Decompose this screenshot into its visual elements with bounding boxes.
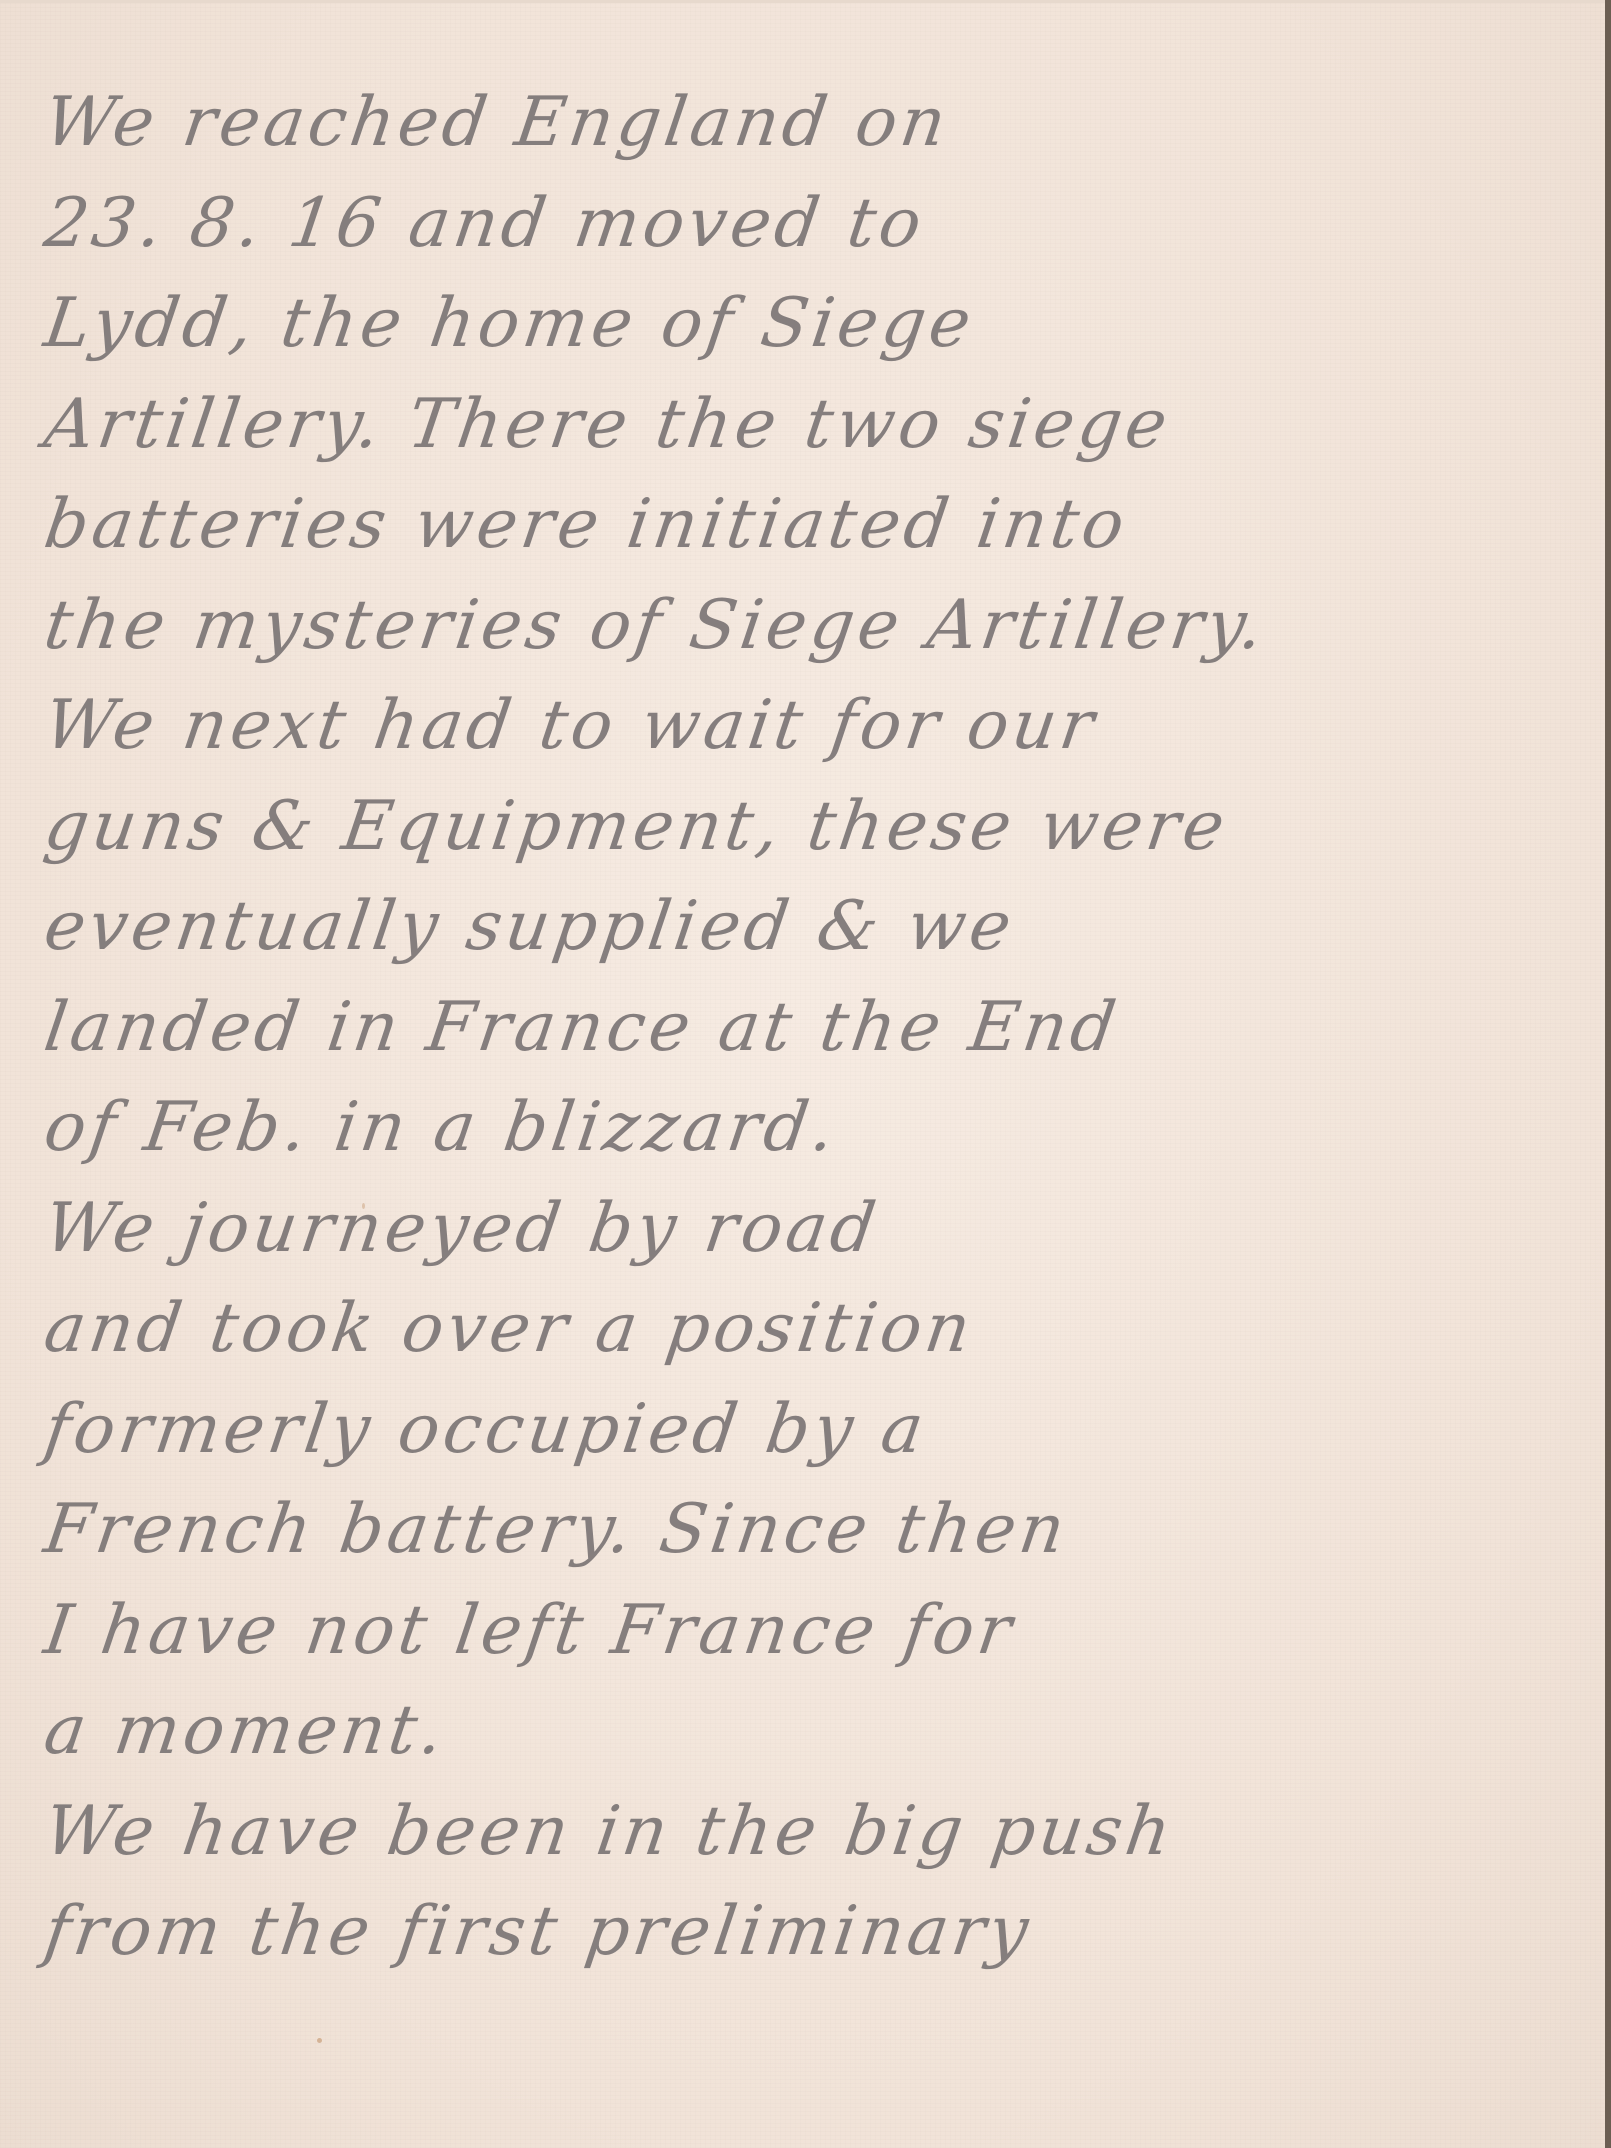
text-line: eventually supplied & we: [38, 877, 1592, 978]
paper-spot: [317, 2038, 322, 2043]
text-line: from the first preliminary: [38, 1882, 1592, 1983]
text-line: formerly occupied by a: [38, 1380, 1592, 1481]
text-line: We reached England on: [38, 73, 1592, 174]
text-line: French battery. Since then: [38, 1480, 1592, 1581]
text-line: We have been in the big push: [38, 1782, 1592, 1883]
text-line: Lydd, the home of Siege: [38, 274, 1592, 375]
text-line: We journeyed by road: [38, 1179, 1592, 1280]
letter-page: We reached England on 23. 8. 16 and move…: [0, 0, 1605, 2148]
scan-border: [1605, 0, 1611, 2148]
text-line: a moment.: [38, 1681, 1592, 1782]
text-line: I have not left France for: [38, 1581, 1592, 1682]
handwritten-text-block: We reached England on 23. 8. 16 and move…: [38, 73, 1578, 1983]
text-line: Artillery. There the two siege: [38, 375, 1592, 476]
text-line: and took over a position: [38, 1279, 1592, 1380]
text-line: of Feb. in a blizzard.: [38, 1078, 1592, 1179]
text-line: batteries were initiated into: [38, 475, 1592, 576]
text-line: We next had to wait for our: [38, 676, 1592, 777]
text-line: landed in France at the End: [38, 978, 1592, 1079]
text-line: guns & Equipment, these were: [38, 777, 1592, 878]
text-line: 23. 8. 16 and moved to: [38, 174, 1592, 275]
text-line: the mysteries of Siege Artillery.: [38, 576, 1592, 677]
paper-spot: [362, 1203, 365, 1209]
